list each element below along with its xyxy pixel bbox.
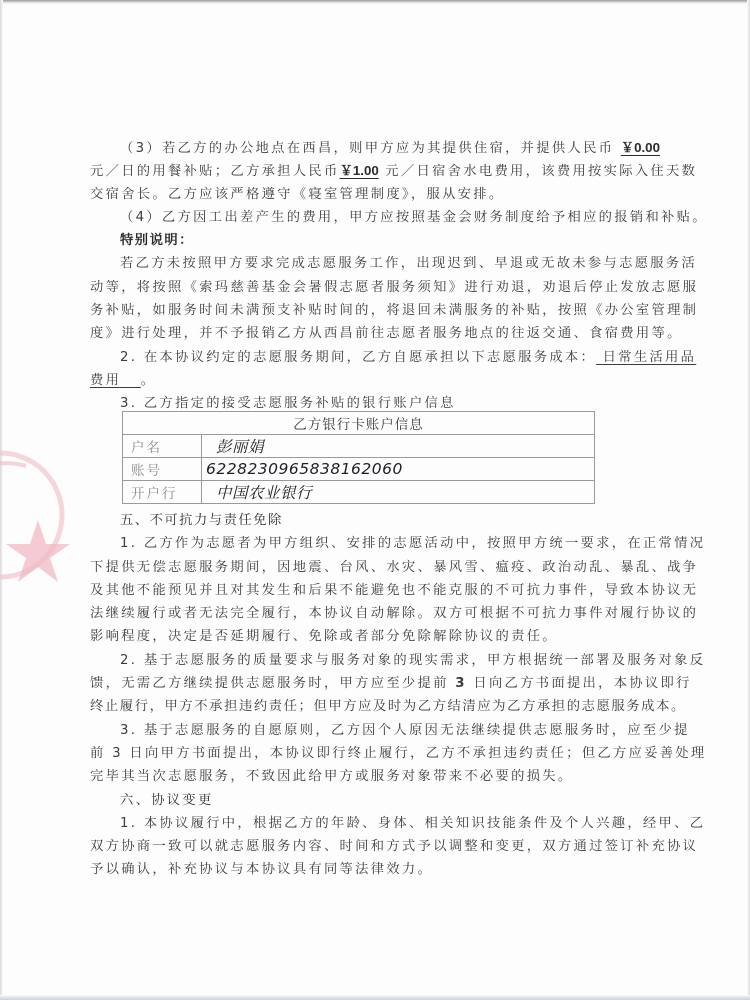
section-5-p1-line: 影响程度，决定是否延期履行、免除或者部分免除解除协议的责任。 xyxy=(90,625,670,648)
section-5-p1-line: 下提供无偿志愿服务期间，因地震、台风、水灾、暴风雪、瘟疫、政治动乱、暴乱、战争 xyxy=(90,556,670,579)
section-5-p2-line: 馈，无需乙方继续提供志愿服务时，甲方应至少提前 3 日向乙方书面提出，本协议即行 xyxy=(90,672,670,695)
document-page: （3）若乙方的办公地点在西昌，则甲方应为其提供住宿，并提供人民币 ￥0.00 元… xyxy=(90,136,670,416)
table-row: 开户行 中国农业银行 xyxy=(123,481,595,504)
self-borne-cost-part1: 日常生活用品 xyxy=(596,350,696,365)
table-row: 账号 6228230965838162060 xyxy=(123,458,595,481)
section-6-p1-line: 双方协商一致可以就志愿服务内容、时间和方式予以调整和变更，双方通过签订补充协议 xyxy=(90,835,670,858)
account-number-label: 账号 xyxy=(123,458,202,481)
section-6-p1-line: 予以确认，补充协议与本协议具有同等法律效力。 xyxy=(90,858,670,881)
section-5-p3-line: 3. 基于志愿服务的自愿原则，乙方因个人原因无法继续提供志愿服务时，应至少提 xyxy=(90,719,670,742)
official-seal-icon xyxy=(0,440,90,590)
clause-2-line-1: 2. 在本协议约定的志愿服务期间，乙方自愿承担以下志愿服务成本： 日常生活用品 xyxy=(90,346,670,369)
section-5-p1-line: 及其他不能预见并且对其发生和后果不能避免也不能克服的不可抗力事件，导致本协议无 xyxy=(90,579,670,602)
special-note-line: 务补贴，如服务时间未满预支补贴时间的，将退回未满服务的补贴，按照《办公室管理制 xyxy=(90,299,670,322)
account-name-label: 户名 xyxy=(123,435,202,458)
table-caption-row: 乙方银行卡账户信息 xyxy=(123,412,595,435)
meal-subsidy-amount: ￥0.00 xyxy=(621,140,660,155)
utility-fee-amount: ￥1.00 xyxy=(340,163,379,178)
account-name-value: 彭丽娟 xyxy=(202,435,595,458)
clause-4-3-line-3: 交宿舍长。乙方应该严格遵守《寝室管理制度》，服从安排。 xyxy=(90,183,670,206)
section-5-p1-line: 法继续履行或者无法完全履行，本协议自动解除。双方可根据不可抗力事件对履行协议的 xyxy=(90,602,670,625)
clause-4-3-line-1: （3）若乙方的办公地点在西昌，则甲方应为其提供住宿，并提供人民币 ￥0.00 xyxy=(90,136,670,159)
section-5-p3-line: 完毕其当次志愿服务，不致因此给甲方或服务对象带来不必要的损失。 xyxy=(90,765,670,788)
scan-edge-bottom xyxy=(0,995,750,1000)
table-caption: 乙方银行卡账户信息 xyxy=(123,412,595,435)
table-row: 户名 彭丽娟 xyxy=(123,435,595,458)
special-note-line: 动等，将按照《索玛慈善基金会暑假志愿者服务须知》进行劝退，劝退后停止发放志愿服 xyxy=(90,276,670,299)
bank-account-table: 乙方银行卡账户信息 户名 彭丽娟 账号 6228230965838162060 … xyxy=(122,411,595,504)
section-6-p1-line: 1. 本协议履行中，根据乙方的年龄、身体、相关知识技能条件及个人兴趣，经甲、乙 xyxy=(90,812,670,835)
special-note-heading: 特别说明： xyxy=(90,229,670,252)
special-note-line: 若乙方未按照甲方要求完成志愿服务工作，出现迟到、早退或无故未参与志愿服务活 xyxy=(90,252,670,275)
section-5-p2-line: 终止履行，甲方不承担违约责任；但甲方应及时为乙方结清应为乙方承担的志愿服务成本。 xyxy=(90,695,670,718)
bank-branch-label: 开户行 xyxy=(123,481,202,504)
bank-branch-value: 中国农业银行 xyxy=(202,481,595,504)
scan-edge-left xyxy=(0,0,3,1000)
self-borne-cost-part2: 费用 xyxy=(90,373,141,388)
notice-days: 3 xyxy=(455,676,467,691)
special-note-line: 度》进行处理，并不予报销乙方从西昌前往志愿者服务地点的往返交通、食宿费用等。 xyxy=(90,322,670,345)
section-5-p3-line: 前 3 日向甲方书面提出，本协议即行终止履行，乙方不承担违约责任；但乙方应妥善处… xyxy=(90,742,670,765)
clause-4-3-line-2: 元／日的用餐补贴；乙方承担人民币￥1.00 元／日宿舍水电费用，该费用按实际入住… xyxy=(90,159,670,182)
section-5-heading: 五、不可抗力与责任免除 xyxy=(90,509,670,532)
account-number-value: 6228230965838162060 xyxy=(202,458,595,481)
section-5-p1-line: 1. 乙方作为志愿者为甲方组织、安排的志愿活动中，按照甲方统一要求，在正常情况 xyxy=(90,532,670,555)
section-6-heading: 六、协议变更 xyxy=(90,789,670,812)
clause-2-line-2: 费用 。 xyxy=(90,369,670,392)
clause-4-4: （4）乙方因工出差产生的费用，甲方应按照基金会财务制度给予相应的报销和补贴。 xyxy=(90,206,670,229)
scan-edge-top xyxy=(0,0,750,4)
section-5-p2-line: 2. 基于志愿服务的质量要求与服务对象的现实需求，甲方根据统一部署及服务对象反 xyxy=(90,649,670,672)
document-page-lower: 五、不可抗力与责任免除 1. 乙方作为志愿者为甲方组织、安排的志愿活动中，按照甲… xyxy=(90,509,670,882)
